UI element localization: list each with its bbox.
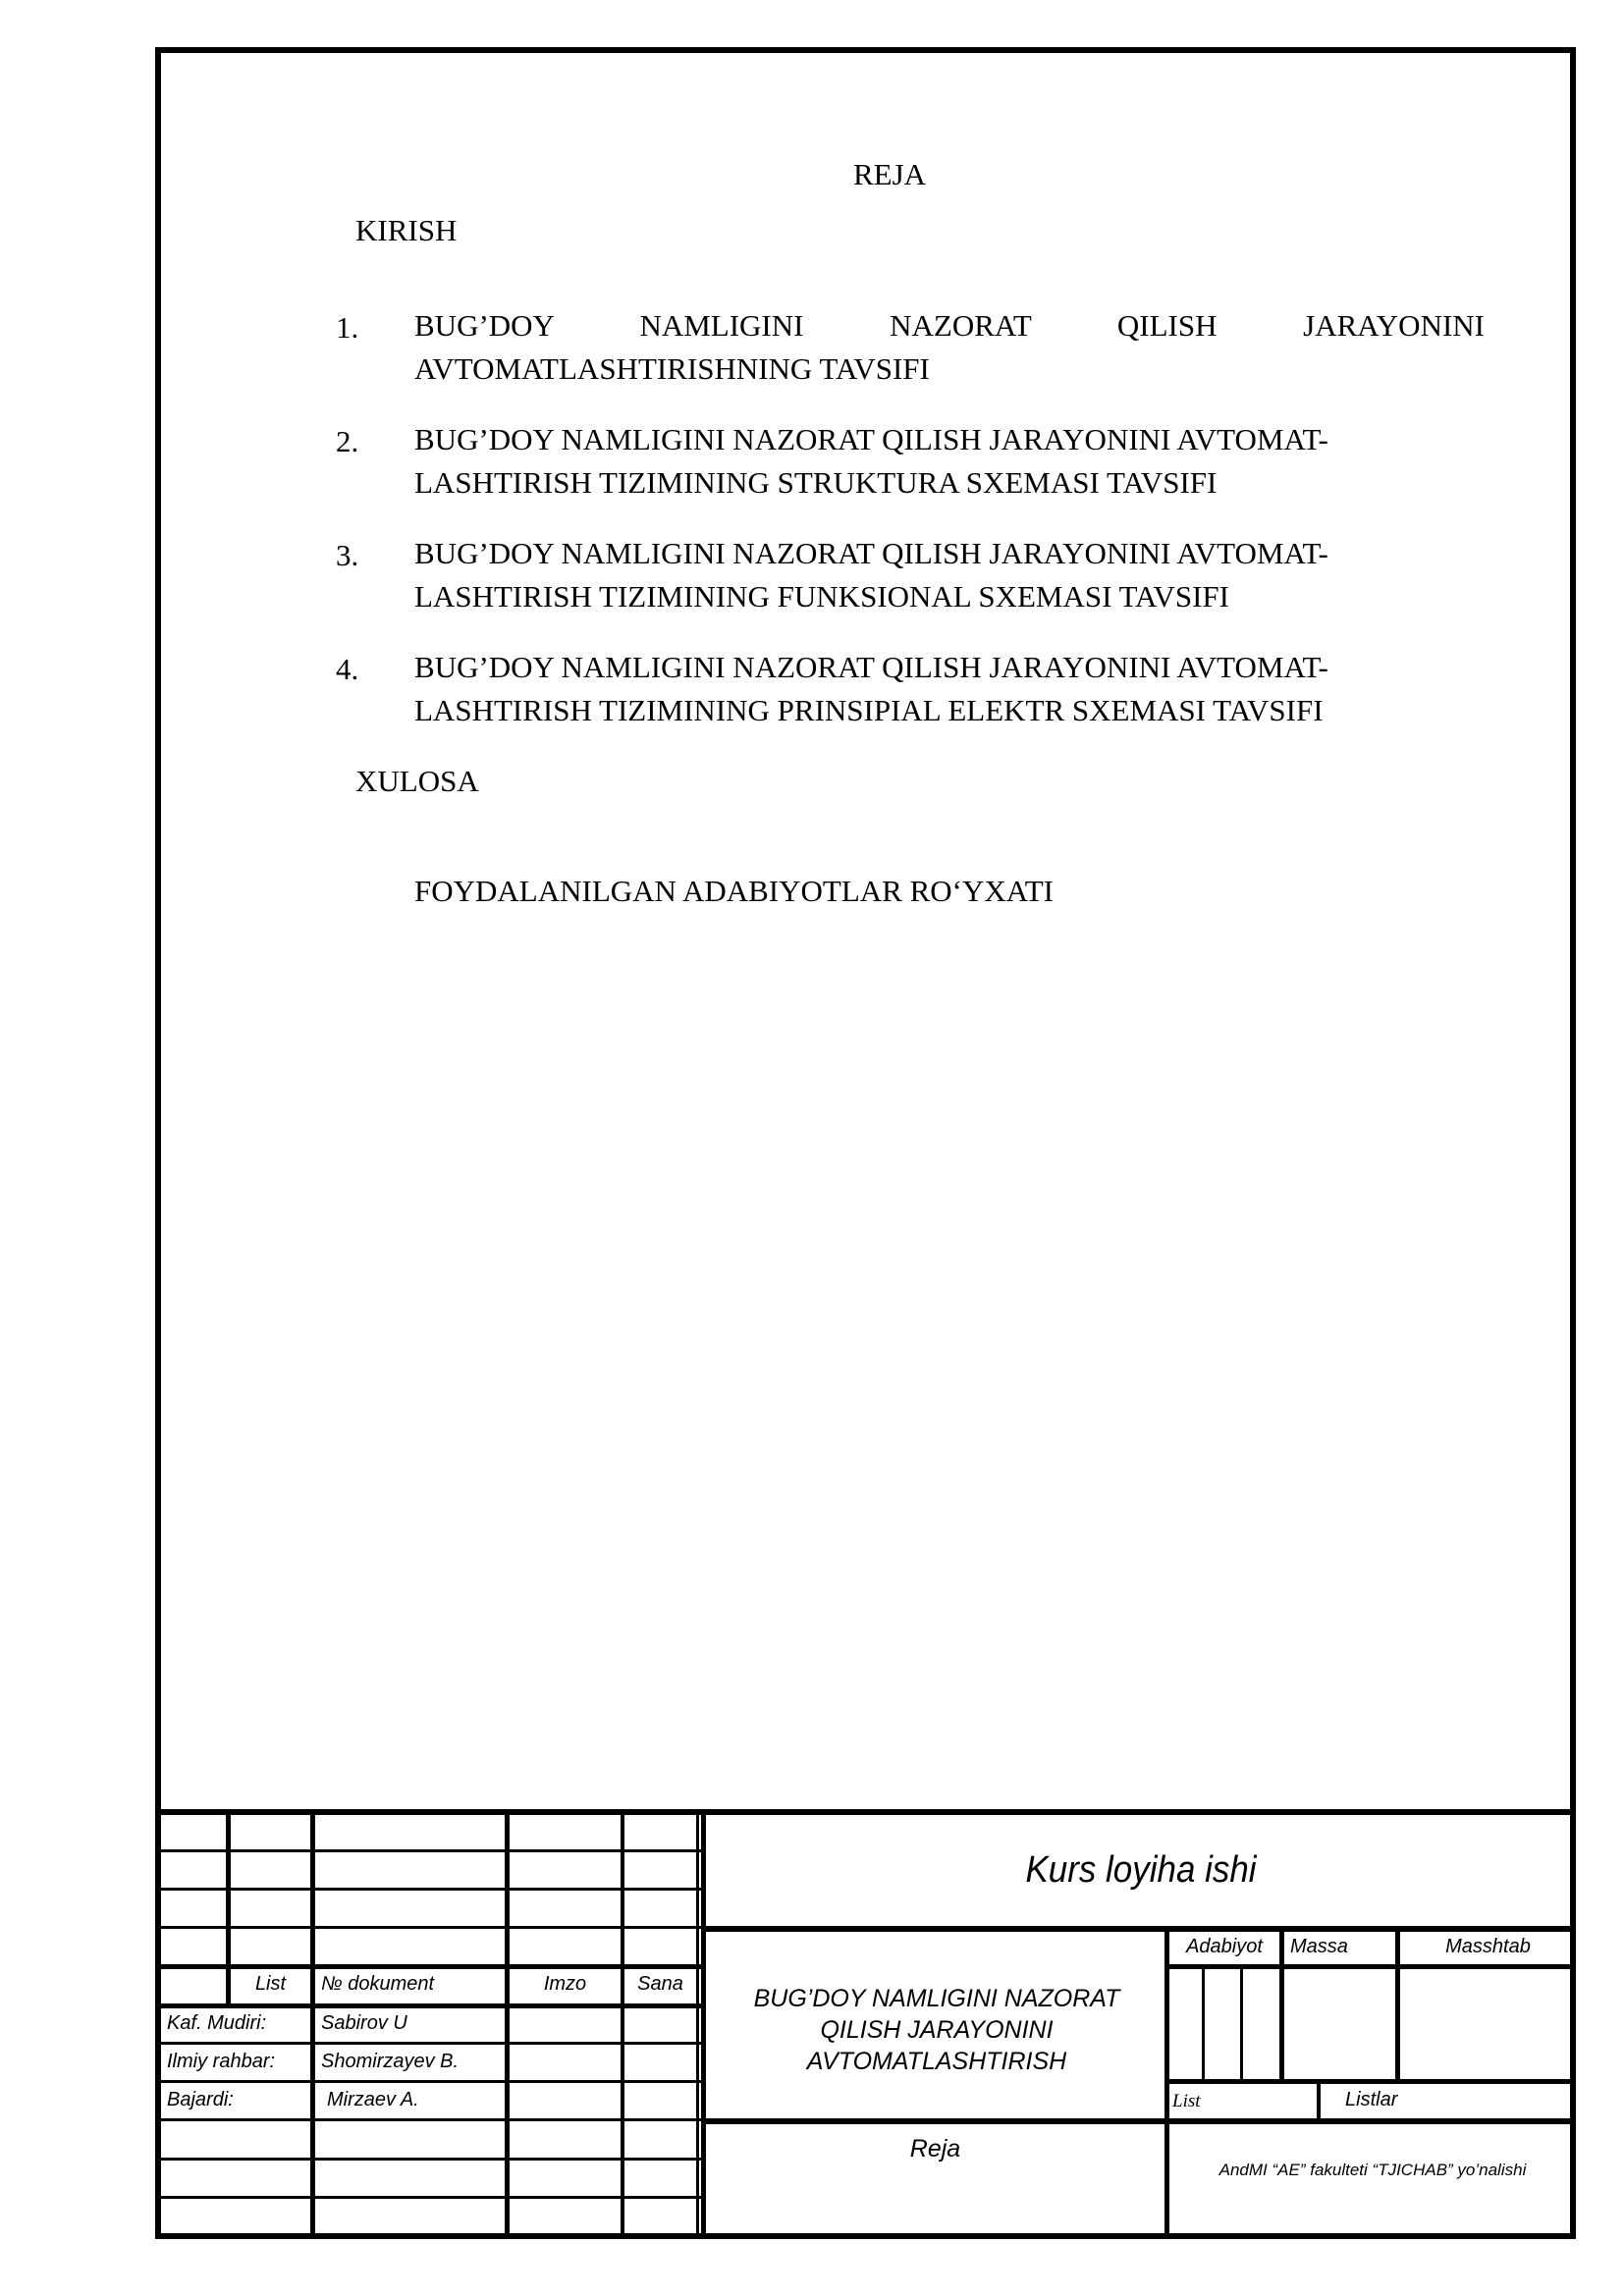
grid-line	[1169, 2079, 1576, 2084]
grid-line	[701, 2118, 1576, 2124]
page-title: REJA	[0, 157, 1624, 192]
grid-line	[1164, 1929, 1169, 2239]
toc-item-number: 4.	[336, 652, 358, 687]
toc-item-line: BUG’DOY NAMLIGINI NAZORAT QILISH JARAYON…	[414, 418, 1328, 461]
scale-label: Masshtab	[1400, 1936, 1576, 1958]
project-title-line: AVTOMATLASHTIRISH	[706, 2046, 1167, 2077]
grid-line	[310, 1812, 315, 2239]
role-label: Ilmiy rahbar:	[167, 2051, 275, 2073]
toc-item-line: BUG’DOY NAMLIGINI NAZORAT QILISH JARAYON…	[414, 304, 1485, 347]
header-date: Sana	[624, 1973, 696, 1996]
role-name: Shomirzayev B.	[321, 2051, 459, 2073]
grid-line	[1279, 1929, 1284, 2081]
sheet-name: Reja	[706, 2135, 1164, 2163]
grid-line	[505, 1812, 510, 2239]
toc-item-line: BUG’DOY NAMLIGINI NAZORAT QILISH JARAYON…	[414, 646, 1328, 689]
toc-item-line: BUG’DOY NAMLIGINI NAZORAT QILISH JARAYON…	[414, 532, 1328, 575]
toc-conclusion: XULOSA	[355, 764, 479, 799]
project-title: BUG’DOY NAMLIGINI NAZORAT QILISH JARAYON…	[706, 1983, 1167, 2077]
grid-line	[621, 1812, 624, 2239]
project-title-line: QILISH JARAYONINI	[706, 2014, 1167, 2046]
toc-item-line: LASHTIRISH TIZIMINING FUNKSIONAL SXEMASI…	[414, 575, 1229, 618]
sheets-label: Listlar	[1345, 2089, 1397, 2111]
header-list: List	[231, 1973, 310, 1996]
role-name: Mirzaev A.	[327, 2089, 419, 2111]
toc-intro: KIRISH	[355, 213, 457, 248]
toc-references: FOYDALANILGAN ADABIYOTLAR RO‘YXATI	[414, 874, 1054, 909]
literature-label: Adabiyot	[1169, 1936, 1279, 1958]
grid-line	[1317, 2081, 1321, 2120]
toc-item-number: 3.	[336, 538, 358, 573]
toc-item-number: 1.	[336, 310, 358, 346]
toc-item-line: LASHTIRISH TIZIMINING STRUKTURA SXEMASI …	[414, 461, 1217, 505]
toc-item-line: LASHTIRISH TIZIMINING PRINSIPIAL ELEKTR …	[414, 689, 1324, 732]
header-doc-number: № dokument	[321, 1973, 434, 1996]
project-title-line: BUG’DOY NAMLIGINI NAZORAT	[706, 1983, 1167, 2014]
role-name: Sabirov U	[321, 2012, 407, 2035]
title-block-border	[155, 1809, 1576, 1815]
grid-line	[696, 1812, 699, 2239]
role-label: Kaf. Mudiri:	[167, 2012, 266, 2035]
grid-line	[1240, 1967, 1243, 2081]
mass-label: Massa	[1290, 1936, 1348, 1958]
header-signature: Imzo	[510, 1973, 621, 1996]
sheet-label: List	[1172, 2091, 1201, 2112]
grid-line	[701, 1926, 1576, 1932]
work-type: Kurs loyiha ishi	[740, 1849, 1541, 1892]
organization: AndMI “AE” fakulteti “TJICHAB” yo’nalish…	[1169, 2161, 1576, 2180]
grid-line	[1169, 1964, 1576, 1969]
grid-line	[1202, 1967, 1205, 2081]
toc-item-line: AVTOMATLASHTIRISHNING TAVSIFI	[414, 347, 930, 391]
role-label: Bajardi:	[167, 2089, 234, 2111]
toc-item-number: 2.	[336, 424, 358, 459]
